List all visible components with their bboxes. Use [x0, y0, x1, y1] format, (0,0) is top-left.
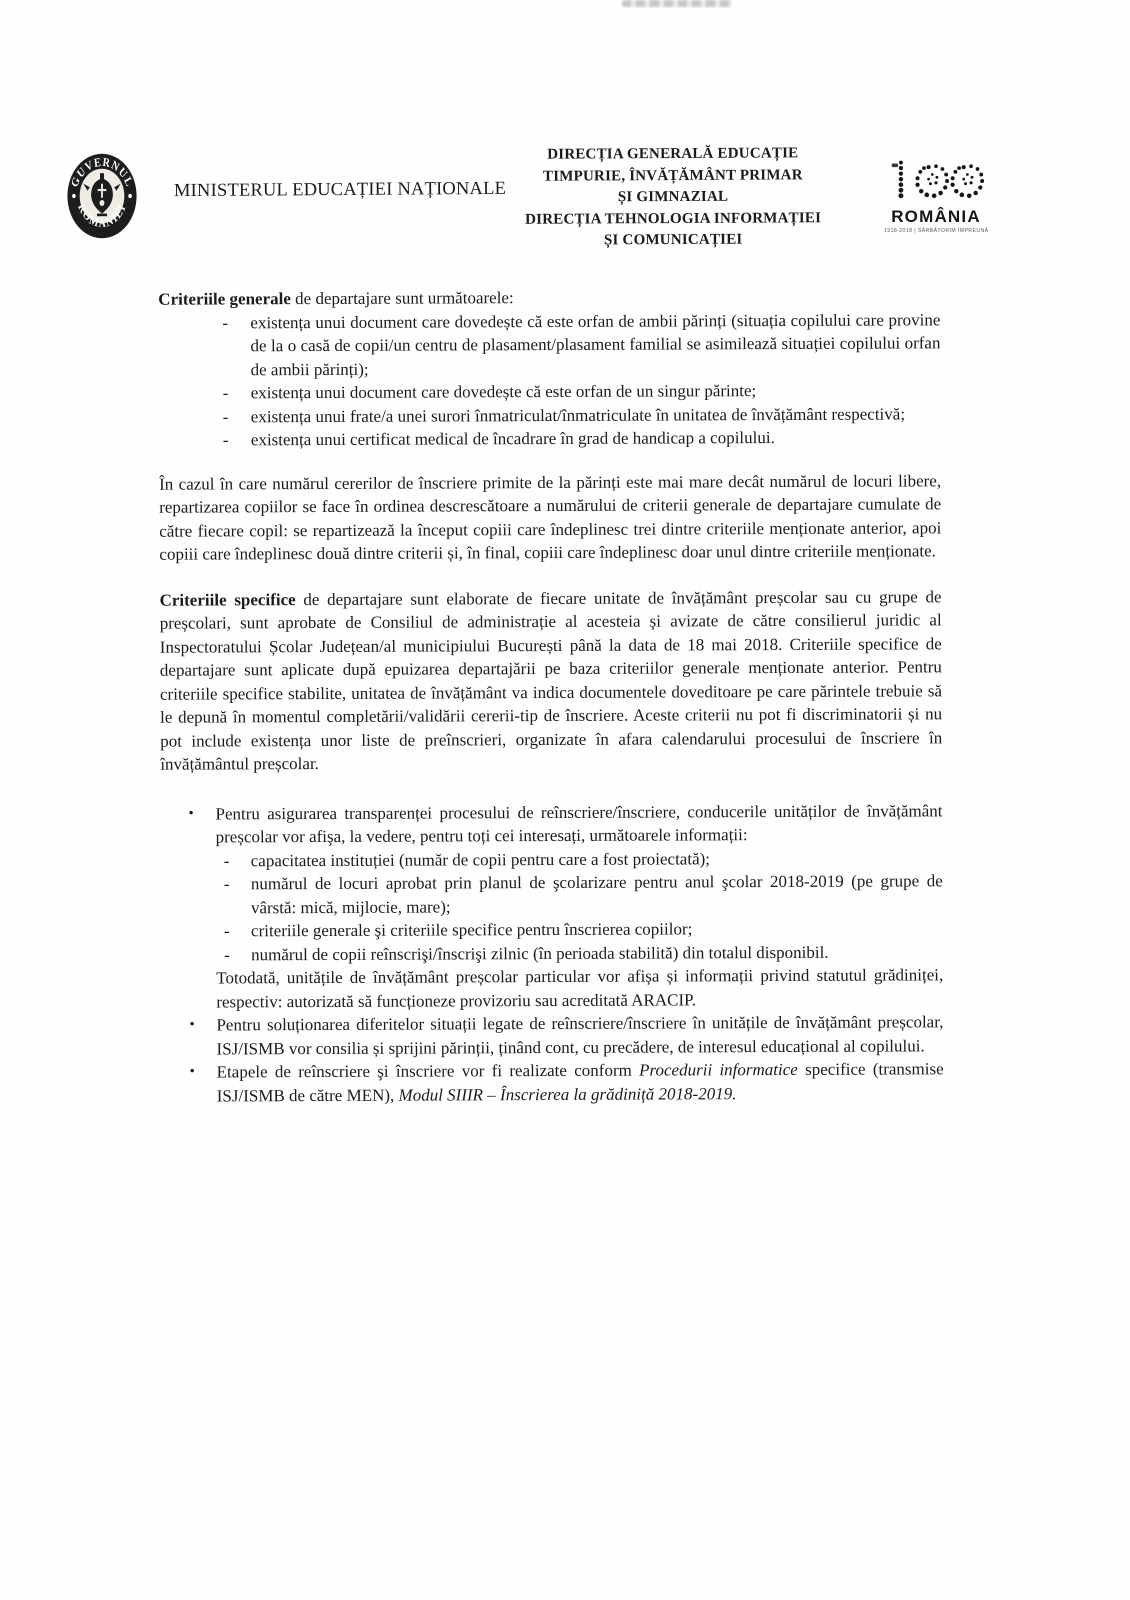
document-body: Criteriile generale de departajare sunt …	[158, 284, 944, 1107]
government-seal-icon: GUVERNUL ROMÂNIEI	[66, 152, 138, 240]
list-item: - existența unui frate/a unei surori înm…	[159, 402, 941, 429]
list-item-text: numărul de copii reînscrişi/înscrişi zil…	[251, 940, 943, 967]
list-item-text: existența unui certificat medical de înc…	[251, 425, 941, 452]
seal-graphic: GUVERNUL ROMÂNIEI	[66, 152, 138, 240]
list-item-text: criteriile generale şi criteriile specif…	[251, 916, 943, 943]
list-item: - existența unui certificat medical de î…	[159, 425, 941, 452]
list-item-text: existența unui document care dovedește c…	[250, 308, 940, 382]
list-item-text: numărul de locuri aprobat prin planul de…	[251, 869, 943, 919]
general-criteria-lead: Criteriile generale	[158, 289, 291, 309]
specific-criteria-lead: Criteriile specifice	[160, 590, 296, 610]
dash-marker: -	[223, 428, 251, 452]
romania-100-wordmark: ROMÂNIA	[884, 207, 988, 227]
dash-marker: -	[223, 405, 251, 429]
directorate-block: DIRECȚIA GENERALĂ EDUCAȚIE TIMPURIE, ÎNV…	[498, 143, 849, 252]
directorate-line: ȘI COMUNICAȚIEI	[498, 229, 848, 252]
bullet-item-text: Pentru soluționarea diferitelor situații…	[216, 1010, 943, 1060]
list-item-text: existența unui document care dovedește c…	[251, 378, 941, 405]
list-item: - criteriile generale şi criteriile spec…	[216, 916, 943, 943]
stages-text-italic: Modul SIIIR – Înscrierea la grădiniță 20…	[398, 1084, 736, 1104]
bullet-item-transparency: • Pentru asigurarea transparenței proces…	[160, 799, 943, 1014]
list-item-text: capacitatea instituției (număr de copii …	[251, 846, 943, 873]
published-info-list: - capacitatea instituției (număr de copi…	[216, 846, 944, 967]
dash-marker: -	[224, 943, 251, 967]
specific-criteria-rest: de departajare sunt elaborate de fiecare…	[160, 587, 943, 774]
list-item-text: existența unui frate/a unei surori înmat…	[251, 402, 941, 429]
general-criteria-list: - existența unui document care dovedește…	[158, 308, 941, 452]
list-item: - existența unui document care dovedește…	[159, 378, 941, 405]
paragraph-allocation: În cazul în care numărul cererilor de în…	[159, 469, 941, 566]
dash-marker: -	[224, 919, 251, 943]
bullet-item-counseling: • Pentru soluționarea diferitelor situaț…	[161, 1010, 943, 1060]
list-item: - capacitatea instituției (număr de copi…	[216, 846, 943, 873]
stages-text-regular: Etapele de reînscriere şi înscriere vor …	[217, 1061, 640, 1082]
list-item: - numărul de locuri aprobat prin planul …	[216, 869, 943, 919]
stages-text-italic: Procedurii informatice	[639, 1060, 798, 1080]
scanned-document-page: GUVERNUL ROMÂNIEI	[0, 0, 1130, 1600]
bullet-list: • Pentru asigurarea transparenței proces…	[160, 799, 943, 1108]
directorate-line: ȘI GIMNAZIAL	[498, 186, 848, 209]
dash-marker: -	[224, 849, 251, 873]
romania-100-logo: ROMÂNIA 1918-2018 | SĂRBĂTORIM ÎMPREUNĂ	[884, 156, 988, 234]
directorate-line: TIMPURIE, ÎNVĂȚĂMÂNT PRIMAR	[498, 165, 848, 188]
list-item: - numărul de copii reînscrişi/înscrişi z…	[216, 940, 943, 967]
dash-marker: -	[224, 872, 251, 896]
bullet-outro: Totodată, unitățile de învățământ preșco…	[216, 963, 943, 1013]
dash-marker: -	[222, 311, 250, 335]
bullet-marker: •	[190, 1060, 217, 1084]
paragraph-specific-criteria: Criteriile specifice de departajare sunt…	[160, 585, 943, 776]
directorate-line: DIRECȚIA GENERALĂ EDUCAȚIE	[498, 143, 848, 166]
bullet-intro: Pentru asigurarea transparenței procesul…	[215, 799, 942, 849]
bullet-item-text: Etapele de reînscriere şi înscriere vor …	[217, 1057, 944, 1107]
bullet-marker: •	[189, 1013, 216, 1037]
dash-marker: -	[223, 381, 251, 405]
bullet-item-stages: • Etapele de reînscriere şi înscriere vo…	[162, 1057, 944, 1107]
general-criteria-rest: de departajare sunt următoarele:	[291, 288, 514, 308]
list-item: - existența unui document care dovedește…	[158, 308, 940, 382]
directorate-line: DIRECȚIA TEHNOLOGIA INFORMAȚIEI	[498, 208, 848, 231]
paragraph-general-criteria: Criteriile generale de departajare sunt …	[158, 284, 940, 311]
document-header: GUVERNUL ROMÂNIEI	[0, 0, 1130, 280]
bullet-item-body: Pentru asigurarea transparenței procesul…	[215, 799, 943, 1014]
romania-100-dots-icon	[888, 156, 984, 206]
bullet-marker: •	[188, 802, 215, 826]
romania-100-tagline: 1918-2018 | SĂRBĂTORIM ÎMPREUNĂ	[884, 228, 988, 234]
ministry-name: MINISTERUL EDUCAȚIEI NAȚIONALE	[174, 179, 506, 202]
